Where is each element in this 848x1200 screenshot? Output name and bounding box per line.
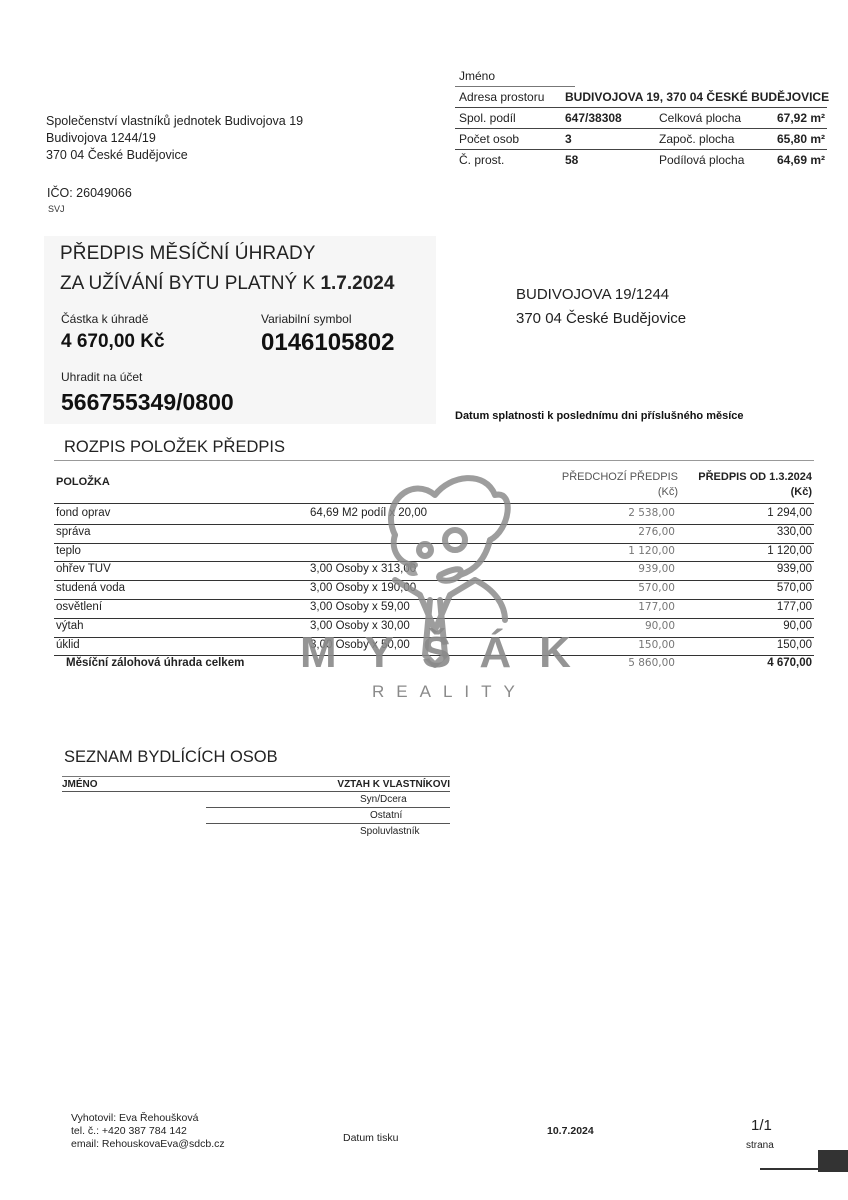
watermark-sub: REALITY bbox=[372, 682, 527, 702]
valid-date: 1.7.2024 bbox=[320, 273, 394, 294]
print-date-label: Datum tisku bbox=[343, 1132, 398, 1144]
table-row: osvětlení3,00 Osoby x 59,00177,00177,00 bbox=[54, 600, 814, 619]
info-label: Spol. podíl bbox=[459, 111, 516, 125]
col-prev-title: PŘEDCHOZÍ PŘEDPIS bbox=[562, 470, 678, 485]
table-row: teplo1 120,001 120,00 bbox=[54, 544, 814, 563]
item-cur: 177,00 bbox=[777, 601, 812, 613]
table-row: fond oprav64,69 M2 podíl x 20,002 538,00… bbox=[54, 506, 814, 525]
items-section-title: ROZPIS POLOŽEK PŘEDPIS bbox=[64, 438, 285, 457]
info-row: Č. prost. 58 Podílová plocha 64,69 m² bbox=[455, 150, 827, 170]
col-name-header: JMÉNO bbox=[62, 779, 98, 790]
item-calc: 3,00 Osoby x 59,00 bbox=[310, 601, 410, 613]
item-cur: 330,00 bbox=[777, 526, 812, 538]
item-prev: 1 120,00 bbox=[628, 545, 675, 557]
page-label: strana bbox=[746, 1140, 774, 1151]
page-number: 1/1 bbox=[751, 1117, 772, 1134]
info-value: 65,80 m² bbox=[777, 132, 825, 146]
variable-symbol-label: Variabilní symbol bbox=[261, 312, 351, 326]
account-label: Uhradit na účet bbox=[61, 370, 142, 384]
item-calc: 3,00 Osoby x 190,00 bbox=[310, 582, 416, 594]
resident-row: Syn/Dcera bbox=[206, 792, 450, 808]
unit-info-table: Jméno Adresa prostoru BUDIVOJOVA 19, 370… bbox=[455, 66, 827, 170]
account-value: 566755349/0800 bbox=[61, 389, 234, 416]
item-name: úklid bbox=[56, 639, 80, 651]
divider bbox=[54, 503, 814, 504]
sender-city: 370 04 České Budějovice bbox=[46, 147, 303, 164]
item-cur: 150,00 bbox=[777, 639, 812, 651]
info-label: Započ. plocha bbox=[659, 132, 734, 146]
recipient-line1: BUDIVOJOVA 19/1244 bbox=[516, 283, 686, 307]
residents-header: JMÉNO VZTAH K VLASTNÍKOVI bbox=[62, 776, 450, 792]
resident-relation: Spoluvlastník bbox=[360, 826, 419, 837]
item-name: ohřev TUV bbox=[56, 563, 111, 575]
name-label: Jméno bbox=[459, 69, 495, 83]
col-cur-header: PŘEDPIS OD 1.3.2024 (Kč) bbox=[698, 470, 812, 500]
email[interactable]: email: RehouskovaEva@sdcb.cz bbox=[71, 1138, 225, 1151]
resident-row: Ostatní bbox=[206, 808, 450, 824]
item-prev: 939,00 bbox=[638, 563, 675, 575]
subtitle-text: ZA UŽÍVÁNÍ BYTU PLATNÝ K bbox=[60, 273, 315, 294]
residents-section-title: SEZNAM BYDLÍCÍCH OSOB bbox=[64, 748, 278, 767]
info-row: Počet osob 3 Započ. plocha 65,80 m² bbox=[455, 129, 827, 150]
scan-edge-mark bbox=[818, 1150, 848, 1172]
total-prev: 5 860,00 bbox=[628, 657, 675, 669]
info-label: Podílová plocha bbox=[659, 153, 744, 167]
item-name: osvětlení bbox=[56, 601, 102, 613]
resident-row: Spoluvlastník bbox=[206, 824, 450, 839]
item-cur: 1 120,00 bbox=[767, 545, 812, 557]
sender-type: SVJ bbox=[48, 204, 65, 214]
item-name: studená voda bbox=[56, 582, 125, 594]
due-date-note: Datum splatnosti k poslednímu dni příslu… bbox=[455, 410, 744, 422]
sender-ico: IČO: 26049066 bbox=[47, 186, 132, 200]
address-label: Adresa prostoru bbox=[459, 90, 544, 104]
info-value: 58 bbox=[565, 153, 578, 167]
item-name: výtah bbox=[56, 620, 84, 632]
col-cur-title: PŘEDPIS OD 1.3.2024 bbox=[698, 470, 812, 485]
table-row: správa276,00330,00 bbox=[54, 525, 814, 544]
scan-edge-line bbox=[760, 1168, 818, 1170]
prepared-by: Vyhotovil: Eva Řehoušková bbox=[71, 1112, 225, 1125]
col-cur-unit: (Kč) bbox=[698, 485, 812, 500]
address-value: BUDIVOJOVA 19, 370 04 ČESKÉ BUDĚJOVICE bbox=[565, 90, 829, 104]
item-calc: 64,69 M2 podíl x 20,00 bbox=[310, 507, 427, 519]
info-value: 64,69 m² bbox=[777, 153, 825, 167]
item-prev: 90,00 bbox=[645, 620, 675, 632]
item-name: správa bbox=[56, 526, 91, 538]
item-prev: 177,00 bbox=[638, 601, 675, 613]
document-title: PŘEDPIS MĚSÍČNÍ ÚHRADY bbox=[60, 243, 316, 265]
item-prev: 276,00 bbox=[638, 526, 675, 538]
item-name: teplo bbox=[56, 545, 81, 557]
info-row-name: Jméno bbox=[455, 66, 575, 87]
amount-label: Částka k úhradě bbox=[61, 312, 148, 326]
divider bbox=[54, 460, 814, 461]
item-cur: 90,00 bbox=[783, 620, 812, 632]
col-relation-header: VZTAH K VLASTNÍKOVI bbox=[337, 779, 450, 790]
print-date: 10.7.2024 bbox=[547, 1125, 594, 1137]
col-prev-header: PŘEDCHOZÍ PŘEDPIS (Kč) bbox=[562, 470, 678, 500]
table-row: studená voda3,00 Osoby x 190,00570,00570… bbox=[54, 581, 814, 600]
prepared-by-block: Vyhotovil: Eva Řehoušková tel. č.: +420 … bbox=[71, 1112, 225, 1151]
amount-value: 4 670,00 Kč bbox=[61, 331, 165, 353]
total-cur: 4 670,00 bbox=[767, 657, 812, 669]
info-row: Spol. podíl 647/38308 Celková plocha 67,… bbox=[455, 108, 827, 129]
info-label: Celková plocha bbox=[659, 111, 741, 125]
watermark-brand: MYŠÁK bbox=[300, 628, 599, 678]
info-value: 67,92 m² bbox=[777, 111, 825, 125]
sender-name: Společenství vlastníků jednotek Budivojo… bbox=[46, 113, 303, 130]
resident-relation: Ostatní bbox=[370, 810, 402, 821]
residents-table: JMÉNO VZTAH K VLASTNÍKOVI Syn/Dcera Osta… bbox=[62, 776, 450, 839]
variable-symbol-value: 0146105802 bbox=[261, 329, 394, 357]
item-cur: 1 294,00 bbox=[767, 507, 812, 519]
sender-street: Budivojova 1244/19 bbox=[46, 130, 303, 147]
item-prev: 2 538,00 bbox=[628, 507, 675, 519]
table-row: ohřev TUV3,00 Osoby x 313,00939,00939,00 bbox=[54, 562, 814, 581]
info-label: Č. prost. bbox=[459, 153, 504, 167]
item-calc: 3,00 Osoby x 313,00 bbox=[310, 563, 416, 575]
info-label: Počet osob bbox=[459, 132, 519, 146]
item-prev: 150,00 bbox=[638, 639, 675, 651]
recipient-address: BUDIVOJOVA 19/1244 370 04 České Budějovi… bbox=[516, 283, 686, 331]
resident-relation: Syn/Dcera bbox=[360, 794, 407, 805]
item-cur: 939,00 bbox=[777, 563, 812, 575]
total-label: Měsíční zálohová úhrada celkem bbox=[66, 657, 244, 669]
col-prev-unit: (Kč) bbox=[562, 485, 678, 500]
item-prev: 570,00 bbox=[638, 582, 675, 594]
col-item-header: POLOŽKA bbox=[56, 476, 110, 488]
info-row-address: Adresa prostoru BUDIVOJOVA 19, 370 04 ČE… bbox=[455, 87, 827, 108]
recipient-line2: 370 04 České Budějovice bbox=[516, 307, 686, 331]
info-value: 3 bbox=[565, 132, 572, 146]
item-cur: 570,00 bbox=[777, 582, 812, 594]
info-value: 647/38308 bbox=[565, 111, 622, 125]
item-name: fond oprav bbox=[56, 507, 110, 519]
phone: tel. č.: +420 387 784 142 bbox=[71, 1125, 225, 1138]
sender-address: Společenství vlastníků jednotek Budivojo… bbox=[46, 113, 303, 164]
document-subtitle: ZA UŽÍVÁNÍ BYTU PLATNÝ K 1.7.2024 bbox=[60, 273, 394, 295]
